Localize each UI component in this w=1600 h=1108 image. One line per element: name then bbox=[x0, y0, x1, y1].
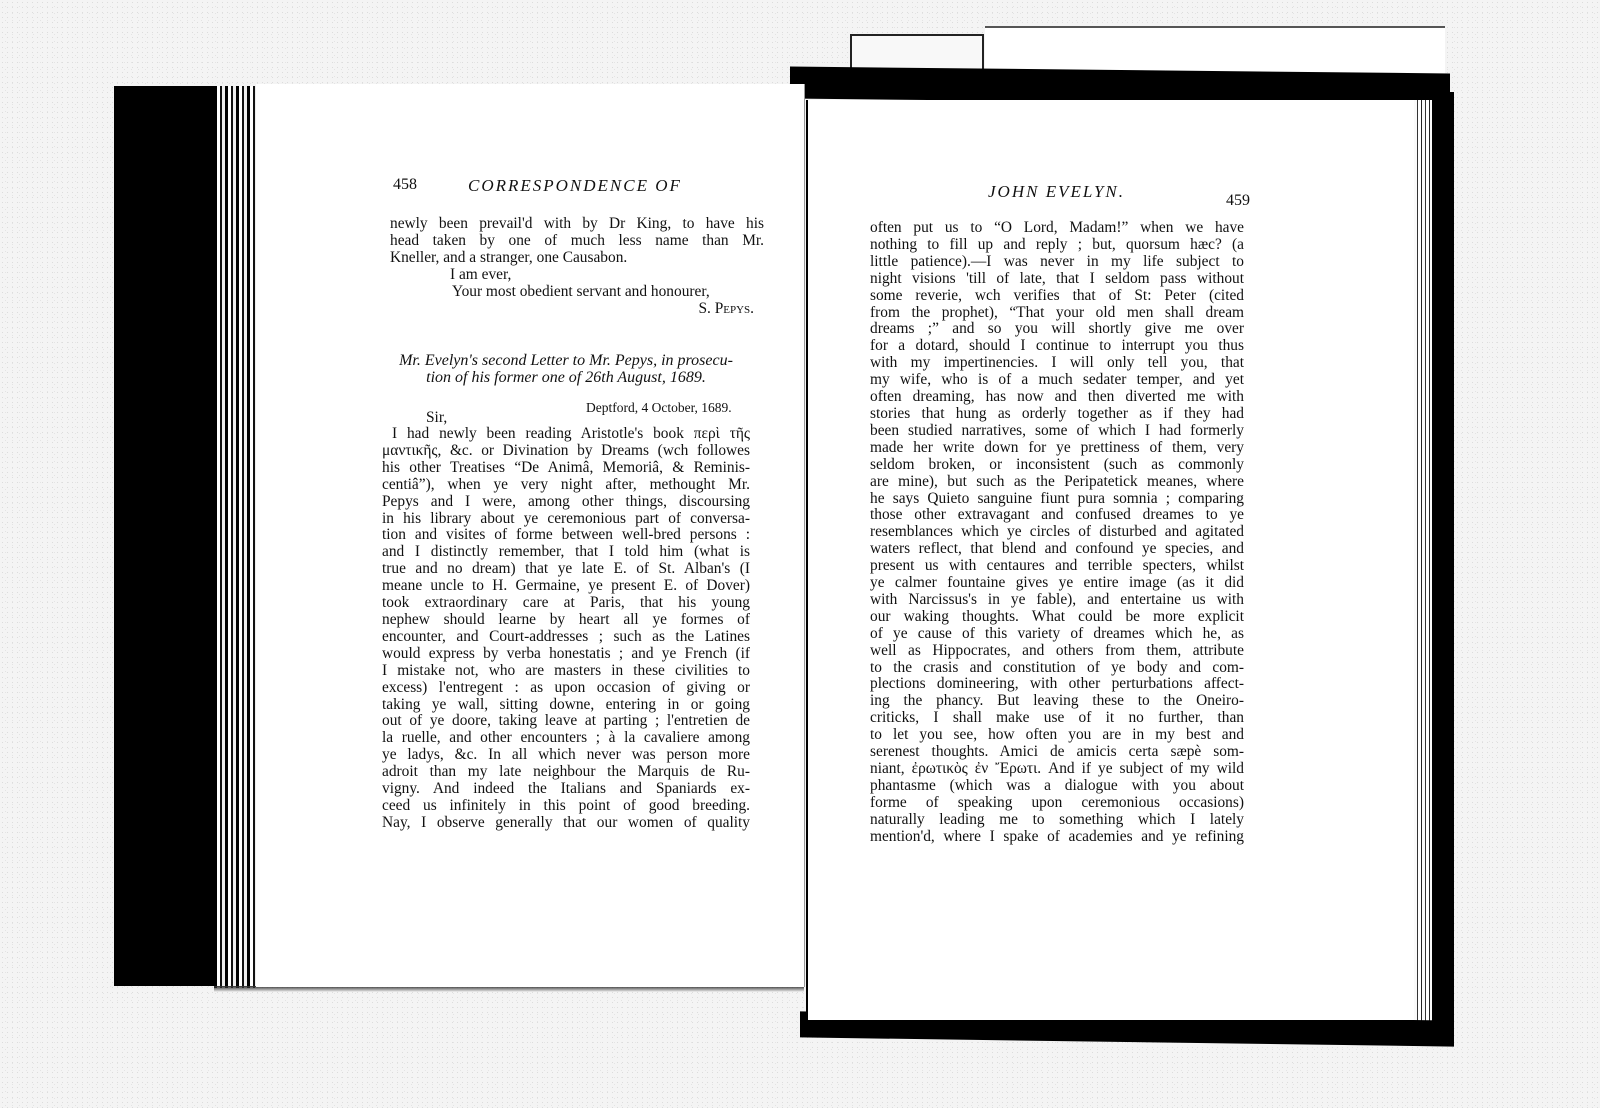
text-line: niant, ἐρωτικὸς ἐν Ἔρωτι. And if ye subj… bbox=[870, 761, 1244, 778]
page-number-left: 458 bbox=[393, 176, 417, 194]
text-line: centiâ”), when ye very night after, meth… bbox=[382, 477, 750, 494]
continuation-text: newly been prevail'd with by Dr King, to… bbox=[390, 216, 764, 317]
valediction: Your most obedient servant and honourer, bbox=[390, 284, 764, 301]
text-line: made her write down for ye prettiness of… bbox=[870, 440, 1244, 457]
text-line: my wife, who is of a much sedater temper… bbox=[870, 372, 1244, 389]
text-line: been studied narratives, some of which I… bbox=[870, 423, 1244, 440]
text-line: I had newly been reading Aristotle's boo… bbox=[382, 426, 750, 443]
text-line: plections domineering, with other pertur… bbox=[870, 676, 1244, 693]
text-line: vigny. And indeed the Italians and Spani… bbox=[382, 781, 750, 798]
left-page: 458 CORRESPONDENCE OF newly been prevail… bbox=[256, 84, 805, 987]
text-line: I mistake not, who are masters in these … bbox=[382, 663, 750, 680]
running-head-right: JOHN EVELYN. bbox=[988, 182, 1125, 202]
text-line: adroit than my late neighbour the Marqui… bbox=[382, 764, 750, 781]
book-cover-right bbox=[1432, 92, 1454, 1042]
text-line: encounter, and Court-addresses ; such as… bbox=[382, 629, 750, 646]
text-line: ye calmer fountaine gives ye entire imag… bbox=[870, 575, 1244, 592]
text-line: tion and visites of forme between well-b… bbox=[382, 527, 750, 544]
text-line: with my impertinencies. I will only tell… bbox=[870, 355, 1244, 372]
text-line: with Narcissus's in ye fable), and enter… bbox=[870, 592, 1244, 609]
text-line: meane uncle to H. Germaine, ye present E… bbox=[382, 578, 750, 595]
text-line: Kneller, and a stranger, one Causabon. bbox=[390, 250, 764, 267]
text-line: and I distinctly remember, that I told h… bbox=[382, 544, 750, 561]
text-line: those other extravagant and confused dre… bbox=[870, 507, 1244, 524]
text-line: serenest thoughts. Amici de amicis certa… bbox=[870, 744, 1244, 761]
text-line: Pepys and I were, among other things, di… bbox=[382, 494, 750, 511]
page-edges-left bbox=[214, 86, 256, 988]
text-line: la ruelle, and other encounters ; à la c… bbox=[382, 730, 750, 747]
text-line: to the crasis and constitution of ye bod… bbox=[870, 660, 1244, 677]
page-number-right: 459 bbox=[1226, 192, 1250, 210]
text-line: ceed us infinitely in this point of good… bbox=[382, 798, 750, 815]
text-line: often put us to “O Lord, Madam!” when we… bbox=[870, 220, 1244, 237]
text-line: are mine), but such as the Peripatetick … bbox=[870, 474, 1244, 491]
text-line: true and no dream) that ye late E. of St… bbox=[382, 561, 750, 578]
text-line: some reverie, wch verifies that of St: P… bbox=[870, 288, 1244, 305]
letter-heading-line: Mr. Evelyn's second Letter to Mr. Pepys,… bbox=[356, 352, 776, 369]
book-cover-left bbox=[114, 86, 214, 986]
text-line: nephew should learne by heart all ye for… bbox=[382, 612, 750, 629]
text-line: his other Treatises “De Animâ, Memoriâ, … bbox=[382, 460, 750, 477]
letter-body-left: I had newly been reading Aristotle's boo… bbox=[382, 426, 750, 832]
closing: I am ever, bbox=[390, 267, 764, 284]
running-head-left: CORRESPONDENCE OF bbox=[468, 176, 682, 196]
text-line: phantasme (which was a dialogue with you… bbox=[870, 778, 1244, 795]
text-line: stories that hung as orderly together as… bbox=[870, 406, 1244, 423]
text-line: little patience).—I was never in my life… bbox=[870, 254, 1244, 271]
text-line: criticks, I shall make use of it no furt… bbox=[870, 710, 1244, 727]
text-line: ye ladys, &c. In all which never was per… bbox=[382, 747, 750, 764]
text-line: would express by verba honestatis ; and … bbox=[382, 646, 750, 663]
text-line: waters reflect, that blend and confound … bbox=[870, 541, 1244, 558]
text-line: resemblances which ye circles of disturb… bbox=[870, 524, 1244, 541]
letter-heading-line: tion of his former one of 26th August, 1… bbox=[356, 369, 776, 386]
text-line: for a dotard, should I continue to inter… bbox=[870, 338, 1244, 355]
text-line: Nay, I observe generally that our women … bbox=[382, 815, 750, 832]
text-line: often dreaming, has now and then diverte… bbox=[870, 389, 1244, 406]
text-line: night visions 'till of late, that I seld… bbox=[870, 271, 1244, 288]
text-line: out of ye doore, taking leave at parting… bbox=[382, 713, 750, 730]
right-page: JOHN EVELYN. 459 often put us to “O Lord… bbox=[806, 100, 1414, 1020]
text-line: head taken by one of much less name than… bbox=[390, 233, 764, 250]
text-line: ing the phancy. But leaving these to the… bbox=[870, 693, 1244, 710]
text-line: dreams ;” and so you will shortly give m… bbox=[870, 321, 1244, 338]
text-line: to let you see, how often you are in my … bbox=[870, 727, 1244, 744]
text-line: naturally leading me to something which … bbox=[870, 812, 1244, 829]
text-line: seldom broken, or inconsistent (such as … bbox=[870, 457, 1244, 474]
text-line: forme of speaking upon ceremonious occas… bbox=[870, 795, 1244, 812]
text-line: from the prophet), “That your old men sh… bbox=[870, 305, 1244, 322]
dateline: Deptford, 4 October, 1689. bbox=[586, 400, 732, 416]
text-line: of ye cause of this variety of dreames w… bbox=[870, 626, 1244, 643]
text-line: present us with centaures and terrible s… bbox=[870, 558, 1244, 575]
letter-body-right: often put us to “O Lord, Madam!” when we… bbox=[870, 220, 1244, 846]
signature: S. Pepys. bbox=[390, 301, 764, 318]
text-line: well as Hippocrates, and others from the… bbox=[870, 643, 1244, 660]
text-line: excess) l'entregent : as upon occasion o… bbox=[382, 680, 750, 697]
text-line: newly been prevail'd with by Dr King, to… bbox=[390, 216, 764, 233]
text-line: mention'd, where I spake of academies an… bbox=[870, 829, 1244, 846]
letter-heading: Mr. Evelyn's second Letter to Mr. Pepys,… bbox=[356, 352, 776, 386]
text-line: nothing to fill up and reply ; but, quor… bbox=[870, 237, 1244, 254]
text-line: took extraordinary care at Paris, that h… bbox=[382, 595, 750, 612]
text-line: taking ye wall, sitting downe, entering … bbox=[382, 697, 750, 714]
text-line: μαντικῆς, &c. or Divination by Dreams (w… bbox=[382, 443, 750, 460]
text-line: our waking thoughts. What could be more … bbox=[870, 609, 1244, 626]
text-line: he says Quieto sanguine fiunt pura somni… bbox=[870, 491, 1244, 508]
text-line: in his library about ye ceremonious part… bbox=[382, 511, 750, 528]
